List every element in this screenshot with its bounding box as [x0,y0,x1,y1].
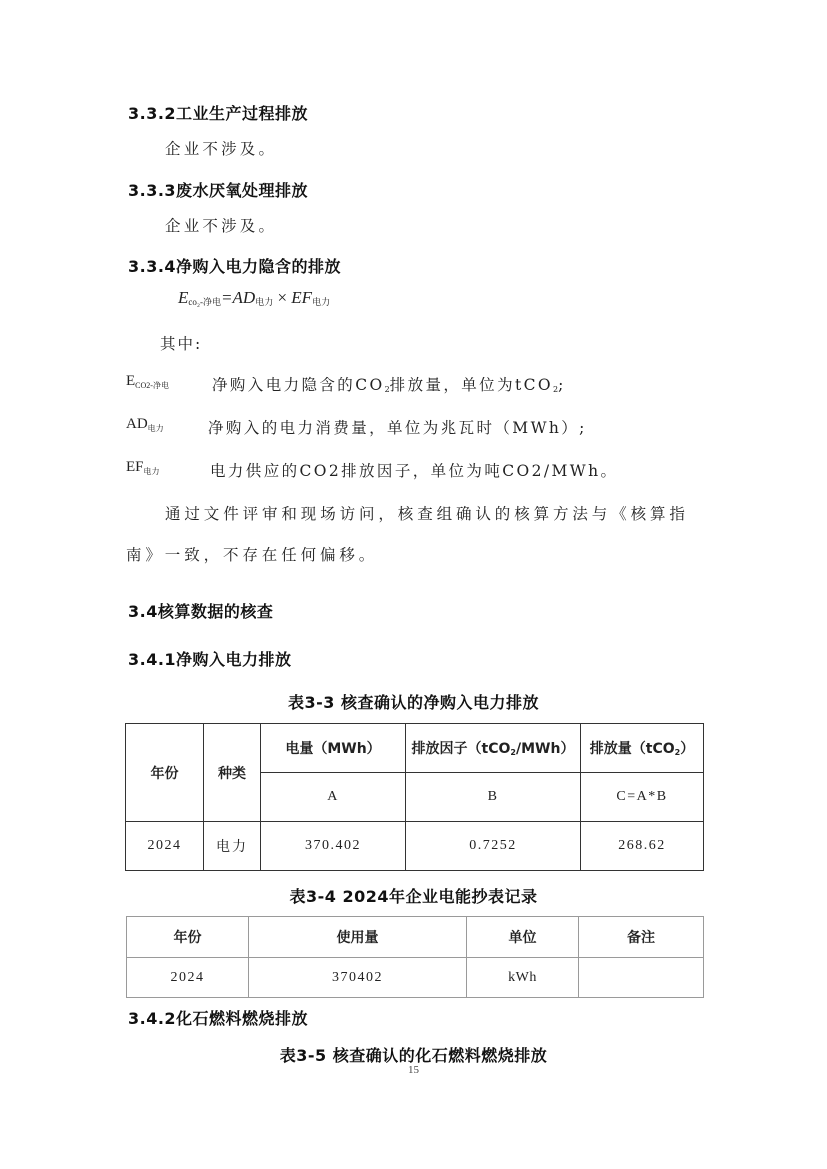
paragraph-line-2: 南》一致，不存在任何偏移。 [126,543,378,565]
table-3-5-caption: 表3-5 核查确认的化石燃料燃烧排放 [0,1043,827,1066]
definition-text-e: 净购入电力隐含的CO2排放量，单位为tCO2; [212,373,566,395]
header-amount: 电量（MWh） [261,724,406,773]
symbol-e-sub: CO2-净电 [135,381,169,390]
cell-type: 电力 [204,822,261,871]
formula-e-sub: co₂-净电 [188,297,221,307]
header-remarks: 备注 [579,917,704,958]
symbol-e: E [126,373,135,389]
emission-formula: Eco₂-净电=AD电力 × EF电力 [178,288,330,308]
heading-3-3-4: 3.3.4净购入电力隐含的排放 [128,254,341,277]
formula-eq: = [221,288,232,307]
cell-emission: 268.62 [581,822,704,871]
symbol-ef-sub: 电力 [144,467,160,476]
header-emission: 排放量（tCO2） [581,724,704,773]
table-row: 2024 电力 370.402 0.7252 268.62 [126,822,704,871]
table-header-row: 年份 使用量 单位 备注 [127,917,704,958]
definition-symbol-e: ECO2-净电 [126,373,169,391]
heading-3-4-2: 3.4.2化石燃料燃烧排放 [128,1006,308,1029]
table-header-row: 年份 种类 电量（MWh） 排放因子（tCO2/MWh） 排放量（tCO2） [126,724,704,773]
definition-text-ef: 电力供应的CO2排放因子，单位为吨CO2/MWh。 [210,459,618,481]
table-3-3: 年份 种类 电量（MWh） 排放因子（tCO2/MWh） 排放量（tCO2） A… [125,723,704,871]
formula-times: × [273,288,291,307]
definition-text-ad: 净购入的电力消费量，单位为兆瓦时（MWh）; [208,416,587,438]
table-3-3-caption: 表3-3 核查确认的净购入电力排放 [0,690,827,713]
cell-remarks [579,958,704,998]
header-year: 年份 [127,917,249,958]
symbol-ad-sub: 电力 [148,424,164,433]
symbol-ad: AD [126,416,148,432]
cell-year: 2024 [126,822,204,871]
definition-symbol-ad: AD电力 [126,416,164,434]
body-text-3-3-2: 企业不涉及。 [165,137,277,159]
subheader-amount: A [261,773,406,822]
subheader-emission: C=A*B [581,773,704,822]
header-unit: 单位 [467,917,579,958]
formula-e: E [178,288,188,307]
def-e-part-c: ; [558,376,566,394]
heading-3-3-2: 3.3.2工业生产过程排放 [128,101,308,124]
heading-3-4-1: 3.4.1净购入电力排放 [128,647,292,670]
header-year: 年份 [126,724,204,822]
symbol-ef: EF [126,459,144,475]
header-emission-a: 排放量（tCO [590,741,675,757]
formula-ef-sub: 电力 [312,297,330,307]
paragraph-line-1: 通过文件评审和现场访问，核查组确认的核算方法与《核算指 [165,502,689,524]
formula-ef: EF [291,288,312,307]
where-label: 其中: [160,332,202,354]
def-e-part-a: 净购入电力隐含的CO [212,376,385,394]
cell-factor: 0.7252 [406,822,581,871]
header-factor-a: 排放因子（tCO [412,741,511,757]
header-type: 种类 [204,724,261,822]
body-text-3-3-3: 企业不涉及。 [165,214,277,236]
definition-symbol-ef: EF电力 [126,459,160,477]
header-usage: 使用量 [249,917,467,958]
table-row: 2024 370402 kWh [127,958,704,998]
cell-year: 2024 [127,958,249,998]
table-3-4: 年份 使用量 单位 备注 2024 370402 kWh [126,916,704,998]
cell-usage: 370402 [249,958,467,998]
heading-3-4: 3.4核算数据的核查 [128,599,273,622]
cell-amount: 370.402 [261,822,406,871]
header-factor: 排放因子（tCO2/MWh） [406,724,581,773]
header-emission-b: ） [680,741,694,757]
heading-3-3-3: 3.3.3废水厌氧处理排放 [128,178,308,201]
page-number: 15 [0,1064,827,1076]
formula-ad: AD [233,288,256,307]
subheader-factor: B [406,773,581,822]
def-e-part-b: 排放量，单位为tCO [390,376,553,394]
table-3-4-caption: 表3-4 2024年企业电能抄表记录 [0,884,827,907]
cell-unit: kWh [467,958,579,998]
formula-ad-sub: 电力 [255,297,273,307]
header-factor-b: /MWh） [516,741,574,757]
